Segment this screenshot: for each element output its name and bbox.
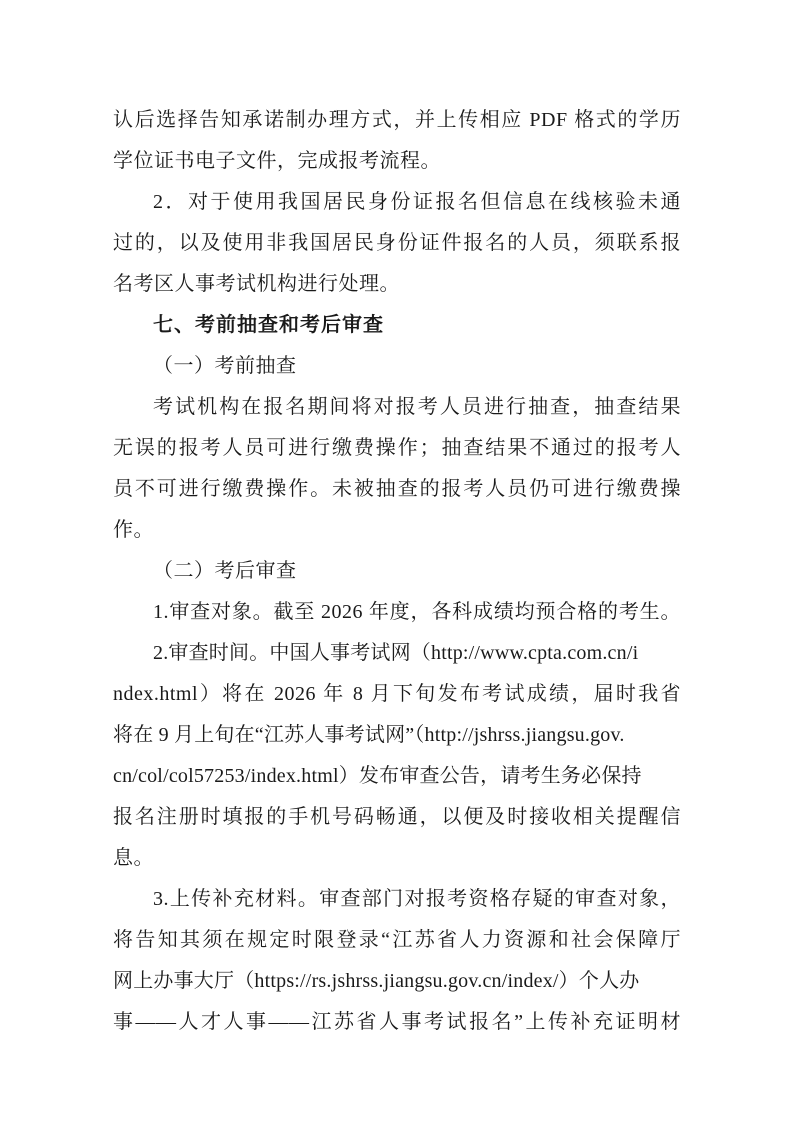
text-line: 作。: [113, 510, 681, 551]
text-line: 员不可进行缴费操作。未被抽查的报考人员仍可进行缴费操: [113, 469, 681, 510]
text-line: 3.上传补充材料。审查部门对报考资格存疑的审查对象，: [113, 879, 681, 920]
text-line: 过的，以及使用非我国居民身份证件报名的人员，须联系报: [113, 223, 681, 264]
text-line: 1.审查对象。截至 2026 年度，各科成绩均预合格的考生。: [113, 592, 681, 633]
text-line: 考试机构在报名期间将对报考人员进行抽查，抽查结果: [113, 387, 681, 428]
document-body: 认后选择告知承诺制办理方式，并上传相应 PDF 格式的学历 学位证书电子文件，完…: [113, 100, 681, 1043]
text-line: 学位证书电子文件，完成报考流程。: [113, 141, 681, 182]
text-line: 将告知其须在规定时限登录“江苏省人力资源和社会保障厅: [113, 920, 681, 961]
text-line: 事——人才人事——江苏省人事考试报名”上传补充证明材: [113, 1002, 681, 1043]
text-line: 认后选择告知承诺制办理方式，并上传相应 PDF 格式的学历: [113, 100, 681, 141]
text-line: 2．对于使用我国居民身份证报名但信息在线核验未通: [113, 182, 681, 223]
document-page: 认后选择告知承诺制办理方式，并上传相应 PDF 格式的学历 学位证书电子文件，完…: [0, 0, 794, 1123]
section-heading: 七、考前抽查和考后审查: [113, 305, 681, 346]
text-line: 息。: [113, 838, 681, 879]
subsection-heading-1: （一）考前抽查: [113, 346, 681, 387]
text-line: 名考区人事考试机构进行处理。: [113, 264, 681, 305]
text-line-with-url: 将在 9 月上旬在“江苏人事考试网”（http://jshrss.jiangsu…: [113, 715, 681, 756]
text-line: ndex.html）将在 2026 年 8 月下旬发布考试成绩，届时我省: [113, 674, 681, 715]
subsection-heading-2: （二）考后审查: [113, 551, 681, 592]
text-line: 报名注册时填报的手机号码畅通，以便及时接收相关提醒信: [113, 797, 681, 838]
text-line: 无误的报考人员可进行缴费操作；抽查结果不通过的报考人: [113, 428, 681, 469]
text-line-with-url: cn/col/col57253/index.html）发布审查公告，请考生务必保…: [113, 756, 681, 797]
text-line-with-url: 网上办事大厅（https://rs.jshrss.jiangsu.gov.cn/…: [113, 961, 681, 1002]
text-line-with-url: 2.审查时间。中国人事考试网（http://www.cpta.com.cn/i: [113, 633, 681, 674]
